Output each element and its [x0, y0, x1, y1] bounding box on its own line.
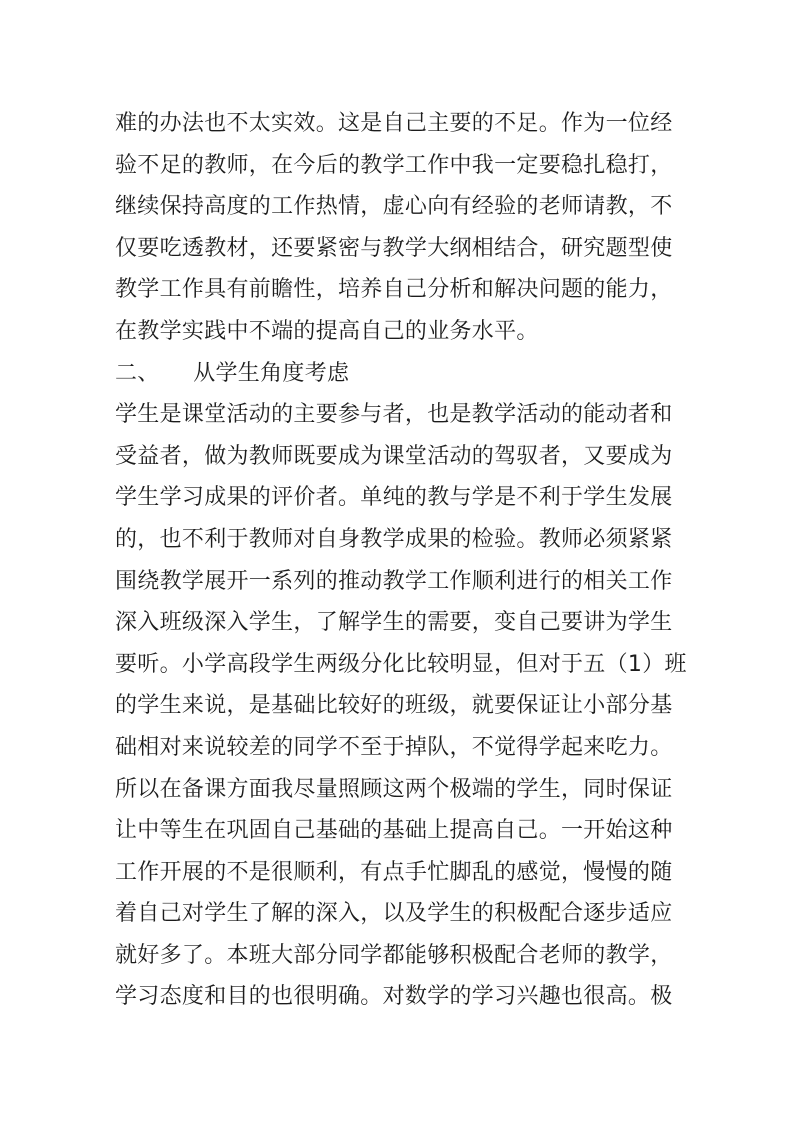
text-line: 教学工作具有前瞻性，培养自己分析和解决问题的能力， [115, 269, 677, 311]
text-line: 难的办法也不太实效。这是自己主要的不足。作为一位经 [115, 103, 677, 145]
text-line: 在教学实践中不端的提高自己的业务水平。 [115, 311, 677, 353]
text-line: 受益者，做为教师既要成为课堂活动的驾驭者，又要成为 [115, 436, 677, 478]
text-line: 围绕教学展开一系列的推动教学工作顺利进行的相关工作 [115, 561, 677, 603]
text-line: 学生学习成果的评价者。单纯的教与学是不利于学生发展 [115, 477, 677, 519]
text-line: 工作开展的不是很顺利，有点手忙脚乱的感觉，慢慢的随 [115, 852, 677, 894]
document-text-block: 难的办法也不太实效。这是自己主要的不足。作为一位经验不足的教师，在今后的教学工作… [115, 103, 677, 1018]
text-line: 就好多了。本班大部分同学都能够积极配合老师的教学， [115, 935, 677, 977]
text-line: 的，也不利于教师对自身教学成果的检验。教师必须紧紧 [115, 519, 677, 561]
text-line: 的学生来说，是基础比较好的班级，就要保证让小部分基 [115, 685, 677, 727]
text-line: 础相对来说较差的同学不至于掉队，不觉得学起来吃力。 [115, 727, 677, 769]
text-line: 学生是课堂活动的主要参与者，也是教学活动的能动者和 [115, 394, 677, 436]
text-line: 让中等生在巩固自己基础的基础上提高自己。一开始这种 [115, 810, 677, 852]
text-line: 学习态度和目的也很明确。对数学的学习兴趣也很高。极 [115, 976, 677, 1018]
document-page: 难的办法也不太实效。这是自己主要的不足。作为一位经验不足的教师，在今后的教学工作… [0, 0, 793, 1122]
text-line: 要听。小学高段学生两级分化比较明显，但对于五（1）班 [115, 644, 677, 686]
text-line: 继续保持高度的工作热情，虚心向有经验的老师请教，不 [115, 186, 677, 228]
text-line: 所以在备课方面我尽量照顾这两个极端的学生，同时保证 [115, 769, 677, 811]
text-line: 深入班级深入学生，了解学生的需要，变自己要讲为学生 [115, 602, 677, 644]
text-line: 仅要吃透教材，还要紧密与教学大纲相结合，研究题型使 [115, 228, 677, 270]
text-line: 着自己对学生了解的深入，以及学生的积极配合逐步适应 [115, 893, 677, 935]
text-line: 验不足的教师，在今后的教学工作中我一定要稳扎稳打， [115, 145, 677, 187]
text-line: 二、 从学生角度考虑 [115, 353, 677, 395]
